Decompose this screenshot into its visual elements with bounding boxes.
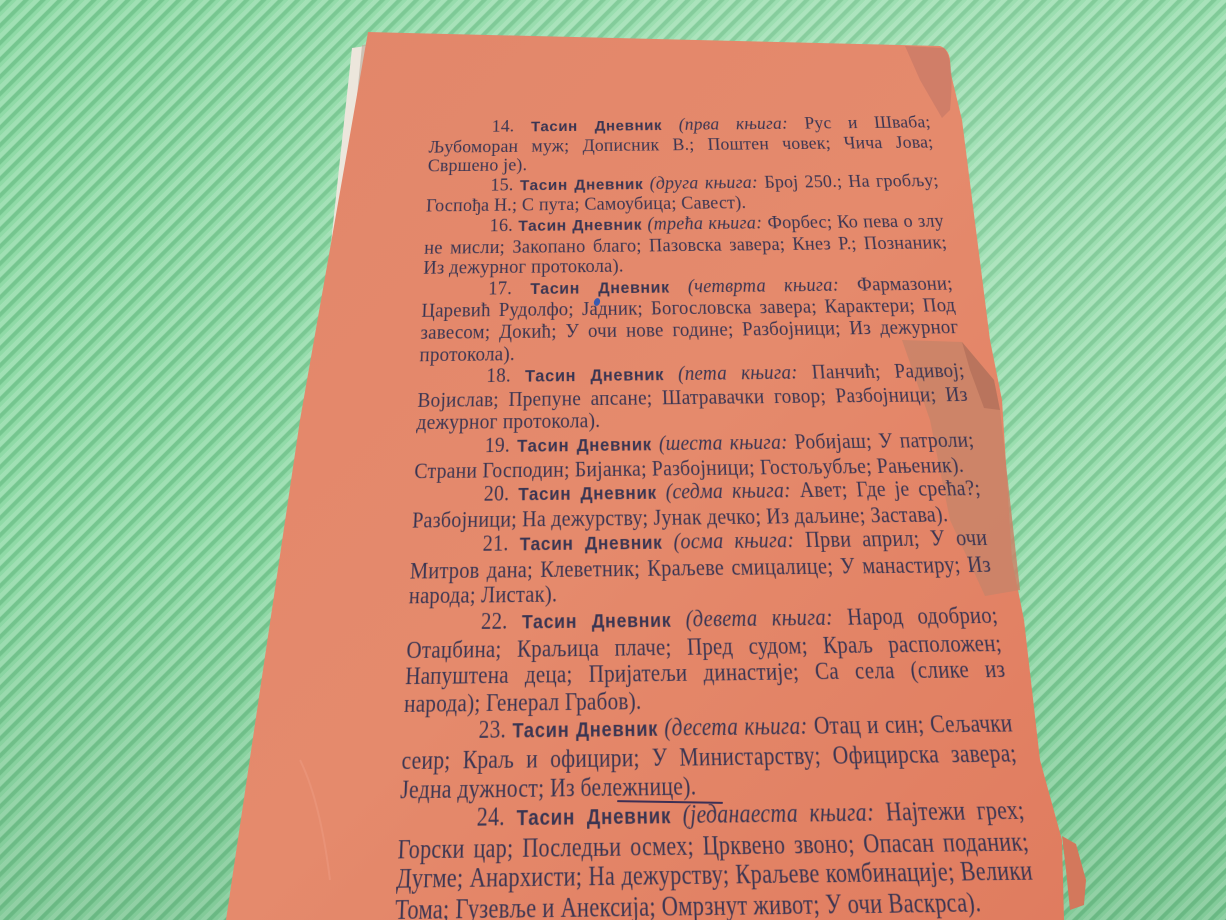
volume-entry-19: 19. Тасин Дневник (шеста књига: Робијаш;… (414, 429, 979, 483)
entry-title: Тасин Дневник (520, 176, 644, 194)
entry-number: 16. (489, 215, 513, 236)
entry-number: 24. (476, 802, 505, 832)
entry-title: Тасин Дневник (520, 533, 663, 556)
entry-number: 14. (492, 116, 515, 135)
entry-volume: (прва књига: (678, 113, 788, 133)
entry-volume: (пета књига: (678, 361, 799, 385)
entry-title: Тасин Дневник (530, 278, 670, 298)
entry-title: Тасин Дневник (512, 718, 658, 744)
volume-entry-24: 24. Тасин Дневник (једанаеста књига: Нај… (394, 797, 1038, 920)
volume-entry-22: 22. Тасин Дневник (девета књига: Народ о… (404, 603, 1011, 718)
entry-volume: (шеста књига: (658, 430, 788, 455)
entry-title: Тасин Дневник (522, 610, 672, 634)
volume-entry-16: 16. Тасин Дневник (трећа књига: Форбес; … (423, 211, 951, 279)
entry-title: Тасин Дневник (518, 216, 642, 235)
volume-entry-17: 17. Тасин Дневник (четврта књига: Фармаз… (419, 273, 963, 366)
entry-title: Тасин Дневник (517, 435, 652, 457)
entry-number: 18. (486, 364, 511, 387)
entry-number: 19. (485, 433, 511, 457)
entry-number: 20. (484, 481, 510, 506)
volume-entry-14: 14. Тасин Дневник (прва књига: Рус и Шва… (427, 113, 937, 176)
entry-volume: (трећа књига: (647, 212, 763, 234)
volume-entry-18: 18. Тасин Дневник (пета књига: Панчић; Р… (416, 360, 972, 435)
volume-entry-21: 21. Тасин Дневник (осма књига: Први апри… (408, 526, 996, 610)
entry-title: Тасин Дневник (531, 118, 663, 136)
entry-volume: (друга књига: (649, 172, 758, 193)
volume-entry-20: 20. Тасин Дневник (седма књига: Авет; Гд… (412, 477, 986, 533)
entry-title: Тасин Дневник (518, 483, 657, 505)
book-volume-list: 14. Тасин Дневник (прва књига: Рус и Шва… (394, 113, 1038, 920)
entry-number: 17. (488, 277, 512, 299)
entry-title: Тасин Дневник (525, 366, 664, 387)
entry-volume: (осма књига: (673, 527, 795, 554)
entry-volume: (девета књига: (685, 604, 834, 632)
entry-number: 22. (481, 607, 508, 634)
volume-entry-23: 23. Тасин Дневник (десета књига: Отац и … (400, 711, 1023, 805)
entry-number: 23. (478, 716, 506, 745)
entry-title: Тасин Дневник (516, 804, 671, 831)
entry-volume: (седма књига: (665, 478, 792, 504)
entry-number: 21. (482, 531, 508, 557)
volume-entry-15: 15. Тасин Дневник (друга књига: Број 250… (426, 171, 943, 217)
entry-volume: (десета књига: (664, 712, 809, 742)
entry-volume: (четврта књига: (687, 273, 840, 296)
entry-number: 15. (490, 174, 513, 194)
